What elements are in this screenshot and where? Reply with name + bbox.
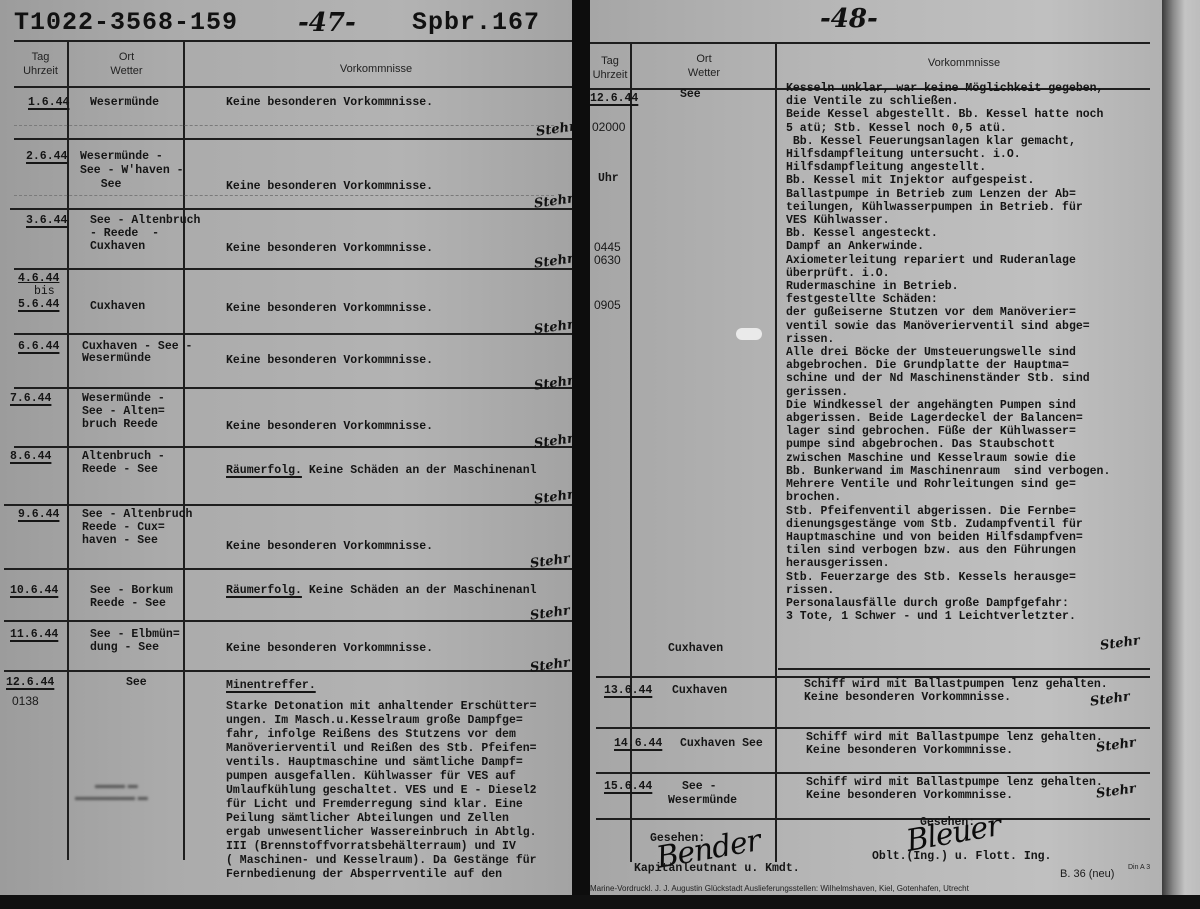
entry-place: See -: [682, 780, 717, 794]
entry-text-line: Räumerfolg. Keine Schäden an der Maschin…: [226, 464, 537, 478]
body-line: Peilung sämtlicher Abteilungen und Zelle…: [226, 812, 537, 826]
entry-place: Reede - Cux=: [82, 521, 165, 535]
entry-time-unit: Uhr: [598, 172, 619, 186]
header-top-rule: [590, 42, 1150, 44]
header-top-rule: [14, 40, 572, 42]
entry-place: bruch Reede: [82, 418, 158, 432]
entry-place: haven - See: [82, 534, 158, 548]
entry-text: Keine Schäden an der Maschinenanl: [309, 464, 537, 477]
signature-stehr: Stehr: [533, 373, 572, 393]
row-rule: [14, 333, 572, 335]
body-line: teilungen, Kühlwasserpumpen in Betrieb. …: [786, 201, 1110, 214]
body-line: Personalausfälle durch große Dampfgefahr…: [786, 597, 1110, 610]
signature-stehr: Stehr: [1089, 689, 1131, 709]
header-uhrzeit: Uhrzeit: [14, 64, 67, 78]
entry-place: See - Borkum: [90, 584, 173, 598]
entry-time: 0905: [594, 298, 621, 312]
row-rule: [4, 620, 572, 622]
header-tag: Tag: [590, 54, 630, 68]
archive-stamp-mark: [736, 328, 762, 340]
entry-place: Wesermünde: [668, 794, 737, 808]
entry-date: 14.6.44: [614, 737, 662, 750]
body-line: ungen. Im Masch.u.Kesselraum große Dampf…: [226, 714, 537, 728]
body-line: der gußeiserne Stutzen vor dem Manöverie…: [786, 306, 1110, 319]
scan-border: [0, 895, 1200, 909]
body-line: abgerissen. Beide Lagerdeckel der Balanc…: [786, 412, 1110, 425]
body-line: ergab unwesentlicher Wassereinbruch in A…: [226, 826, 537, 840]
entry-date: 10.6.44: [10, 584, 58, 597]
body-line: Hauptmaschine und von beiden Hilfsdampfv…: [786, 531, 1110, 544]
column-divider: [67, 40, 69, 860]
entry-time: 0138: [12, 694, 39, 708]
dotted-guide: [14, 195, 554, 196]
column-header-place-weather: Ort Wetter: [633, 52, 775, 80]
entry-place: Cuxhaven: [668, 642, 723, 656]
entry-title: Minentreffer.: [226, 679, 316, 693]
entry-place: See - Altenbruch: [82, 508, 192, 522]
body-line: Dampf an Ankerwinde.: [786, 240, 1110, 253]
page-edge: [1162, 0, 1200, 909]
row-rule: [596, 727, 1150, 729]
entry-text: Keine besonderen Vorkommnisse.: [226, 354, 433, 368]
signature-stehr: Stehr: [535, 119, 572, 139]
row-rule: [596, 772, 1150, 774]
body-line: ( Maschinen- und Kesselraum). Da Gestäng…: [226, 854, 537, 868]
book-gutter: [572, 0, 590, 909]
header-wetter: Wetter: [633, 66, 775, 80]
signature-stehr: Stehr: [529, 655, 571, 675]
row-rule: [14, 446, 572, 448]
entry-text-line: Räumerfolg. Keine Schäden an der Maschin…: [226, 584, 537, 598]
column-divider: [775, 42, 777, 862]
body-line: Bb. Kessel mit Injektor aufgespeist.: [786, 174, 1110, 187]
body-line: dienungsgestänge vom Stb. Zudampfventil …: [786, 518, 1110, 531]
entry-date: 4.6.44: [18, 272, 59, 286]
commander-title: Kapitänleutnant u. Kmdt.: [634, 862, 800, 876]
row-rule: [778, 668, 1150, 670]
body-line: pumpen ausgefallen. Kühlwasser für VES a…: [226, 770, 537, 784]
body-line: Ballastpumpe in Betrieb zum Lenzen der A…: [786, 188, 1110, 201]
left-page: T1022-3568-159 -47- Spbr.167 Tag Uhrzeit…: [0, 0, 572, 895]
signature-stehr: Stehr: [533, 431, 572, 451]
body-line: Rudermaschine in Betrieb.: [786, 280, 1110, 293]
entry-text: Schiff wird mit Ballastpumpe lenz gehalt…: [806, 731, 1103, 745]
body-line: Kesseln unklar, war keine Möglichkeit ge…: [786, 82, 1110, 95]
entry-place: Wesermünde -: [82, 392, 165, 406]
body-line: Stb. Feuerzarge des Stb. Kessels herausg…: [786, 571, 1110, 584]
right-page: -48- Tag Uhrzeit Ort Wetter Vorkommnisse…: [590, 0, 1162, 895]
row-rule: [4, 504, 572, 506]
entry-text: Keine besonderen Vorkommnisse.: [226, 96, 433, 110]
body-line: herausgerissen.: [786, 557, 1110, 570]
entry-date: 9.6.44: [18, 508, 59, 521]
entry-date: 15.6.44: [604, 780, 652, 793]
entry-text: Keine besonderen Vorkommnisse.: [226, 180, 433, 194]
column-header-day-time: Tag Uhrzeit: [590, 54, 630, 82]
page-number-right: -48-: [820, 4, 878, 34]
entry-place: See - W'haven -: [80, 164, 184, 178]
body-line: Alle drei Böcke der Umsteuerungswelle si…: [786, 346, 1110, 359]
body-line: Fernbedienung der Absperrventile auf den: [226, 868, 537, 882]
body-line: Axiometerleitung repariert und Ruderanla…: [786, 254, 1110, 267]
entry-place: Wesermünde: [90, 96, 159, 110]
page-number-left: -47-: [298, 8, 356, 38]
body-line: lager sind gebrochen. Füße der Kühlwasse…: [786, 425, 1110, 438]
faded-stamp: ▬▬▬▬▬▬ ▬: [75, 792, 148, 803]
body-line: Manöverierventil und Reißen des Stb. Pfe…: [226, 742, 537, 756]
row-rule: [14, 268, 572, 270]
entry-text: Keine besonderen Vorkommnisse.: [804, 691, 1011, 705]
entry-place: See: [680, 88, 701, 102]
entry-date: 8.6.44: [10, 450, 51, 463]
entry-place: Cuxhaven: [672, 684, 727, 698]
body-line: ventils. Hauptmaschine und sämtliche Dam…: [226, 756, 537, 770]
entry-text: Schiff wird mit Ballastpumpe lenz gehalt…: [806, 776, 1103, 790]
body-line: VES Kühlwasser.: [786, 214, 1110, 227]
entry-text: Keine besonderen Vorkommnisse.: [806, 744, 1013, 758]
header-ort: Ort: [633, 52, 775, 66]
printer-imprint: Marine-Vordruckl. J. J. Augustin Glückst…: [590, 884, 969, 893]
faded-stamp: ▬▬▬ ▬: [95, 780, 138, 791]
entry-place: See: [80, 178, 121, 192]
body-line: für Licht und Fremderregung sind klar. E…: [226, 798, 537, 812]
entry-body: Kesseln unklar, war keine Möglichkeit ge…: [786, 82, 1110, 623]
body-line: rissen.: [786, 333, 1110, 346]
row-rule: [596, 818, 1150, 820]
body-line: 3 Tote, 1 Schwer - und 1 Leichtverletzte…: [786, 610, 1110, 623]
column-divider: [183, 40, 185, 860]
entry-date: 2.6.44: [26, 150, 67, 163]
entry-place: Wesermünde -: [80, 150, 163, 164]
entry-place: Wesermünde: [82, 352, 151, 366]
column-header-incidents: Vorkommnisse: [186, 62, 566, 76]
body-line: Die Windkessel der angehängten Pumpen si…: [786, 399, 1110, 412]
entry-date-end: 5.6.44: [18, 298, 59, 311]
body-line: pumpe sind abgebrochen. Das Staubschott: [786, 438, 1110, 451]
entry-text: Keine Schäden an der Maschinenanl: [309, 584, 537, 597]
vessel-designation: Spbr.167: [412, 8, 540, 37]
body-line: rissen.: [786, 584, 1110, 597]
entry-place: dung - See: [90, 641, 159, 655]
entry-date: 7.6.44: [10, 392, 51, 405]
entry-date: 1.6.44: [28, 96, 69, 109]
entry-place: - Reede -: [90, 227, 159, 241]
body-line: Bb. Kessel angesteckt.: [786, 227, 1110, 240]
form-number: B. 36 (neu): [1060, 868, 1114, 880]
body-line: Bb. Kessel Feuerungsanlagen klar gemacht…: [786, 135, 1110, 148]
column-header-incidents: Vorkommnisse: [778, 56, 1150, 70]
entry-place: Cuxhaven: [90, 300, 145, 314]
body-line: Starke Detonation mit anhaltender Erschü…: [226, 700, 537, 714]
entry-date-bis: bis: [34, 285, 55, 299]
entry-text: Schiff wird mit Ballastpumpen lenz gehal…: [804, 678, 1108, 692]
body-line: ventil sowie das Manöverierventil sind a…: [786, 320, 1110, 333]
entry-date: 12.6.44: [6, 676, 54, 689]
entry-place: Reede - See: [82, 463, 158, 477]
entry-highlight: Räumerfolg.: [226, 584, 302, 597]
entry-text: Keine besonderen Vorkommnisse.: [226, 302, 433, 316]
body-line: Stb. Pfeifenventil abgerissen. Die Fernb…: [786, 505, 1110, 518]
header-bottom-rule: [14, 86, 572, 88]
row-rule: [14, 138, 572, 140]
row-rule: [10, 208, 572, 210]
signature-stehr: Stehr: [1099, 633, 1141, 653]
body-line: Umlaufkühlung geschaltet. VES und E - Di…: [226, 784, 537, 798]
entry-place: Altenbruch -: [82, 450, 165, 464]
header-ort: Ort: [70, 50, 183, 64]
body-line: tilen sind verbogen bzw. aus den Führung…: [786, 544, 1110, 557]
entry-place: Cuxhaven See: [680, 737, 763, 751]
entry-text: Keine besonderen Vorkommnisse.: [226, 642, 433, 656]
entry-text: Keine besonderen Vorkommnisse.: [226, 242, 433, 256]
body-line: fahr, infolge Reißens des Stutzens vor d…: [226, 728, 537, 742]
header-uhrzeit: Uhrzeit: [590, 68, 630, 82]
reference-code: T1022-3568-159: [14, 8, 238, 37]
entry-text: Keine besonderen Vorkommnisse.: [806, 789, 1013, 803]
entry-text: Keine besonderen Vorkommnisse.: [226, 420, 433, 434]
entry-date: 12.6.44: [590, 92, 638, 105]
entry-time: 02000: [592, 120, 625, 134]
body-line: zwischen Maschine und Kesselraum sowie d…: [786, 452, 1110, 465]
body-line: gerissen.: [786, 386, 1110, 399]
entry-date: 13.6.44: [604, 684, 652, 697]
paper-size: Din A 3: [1128, 864, 1150, 871]
body-line: 5 atü; Stb. Kessel noch 0,5 atü.: [786, 122, 1110, 135]
column-header-day-time: Tag Uhrzeit: [14, 50, 67, 78]
body-line: Bb. Bunkerwand im Maschinenraum sind ver…: [786, 465, 1110, 478]
body-line: schine und der Nd Maschinenständer Stb. …: [786, 372, 1110, 385]
entry-date: 6.6.44: [18, 340, 59, 353]
entry-place: See - Altenbruch: [90, 214, 200, 228]
column-header-place-weather: Ort Wetter: [70, 50, 183, 78]
entry-time: 0445: [594, 240, 621, 254]
entry-place: Reede - See: [90, 597, 166, 611]
body-line: brochen.: [786, 491, 1110, 504]
engineer-title: Oblt.(Ing.) u. Flott. Ing.: [872, 850, 1051, 864]
body-line: überprüft. i.O.: [786, 267, 1110, 280]
body-line: festgestellte Schäden:: [786, 293, 1110, 306]
dotted-guide: [14, 125, 554, 126]
body-line: abgebrochen. Die Grundplatte der Hauptma…: [786, 359, 1110, 372]
body-line: Hilfsdampfleitung angestellt.: [786, 161, 1110, 174]
entry-highlight: Räumerfolg.: [226, 464, 302, 477]
body-line: Beide Kessel abgestellt. Bb. Kessel hatt…: [786, 108, 1110, 121]
entry-place: See - Alten=: [82, 405, 165, 419]
header-tag: Tag: [14, 50, 67, 64]
entry-text: Keine besonderen Vorkommnisse.: [226, 540, 433, 554]
body-line: Hilfsdampfleitung untersucht. i.O.: [786, 148, 1110, 161]
entry-date: 3.6.44: [26, 214, 67, 227]
entry-place: See: [126, 676, 147, 690]
body-line: Mehrere Ventile und Rohrleitungen sind g…: [786, 478, 1110, 491]
entry-place: See - Elbmün=: [90, 628, 180, 642]
entry-date: 11.6.44: [10, 628, 58, 641]
header-wetter: Wetter: [70, 64, 183, 78]
body-line: III (Brennstoffvorratsbehälterraum) und …: [226, 840, 537, 854]
entry-time: 0630: [594, 253, 621, 267]
body-line: die Ventile zu schließen.: [786, 95, 1110, 108]
row-rule: [4, 670, 572, 672]
row-rule: [14, 387, 572, 389]
row-rule: [4, 568, 572, 570]
entry-place: Cuxhaven: [90, 240, 145, 254]
entry-body: Starke Detonation mit anhaltender Erschü…: [226, 700, 537, 882]
